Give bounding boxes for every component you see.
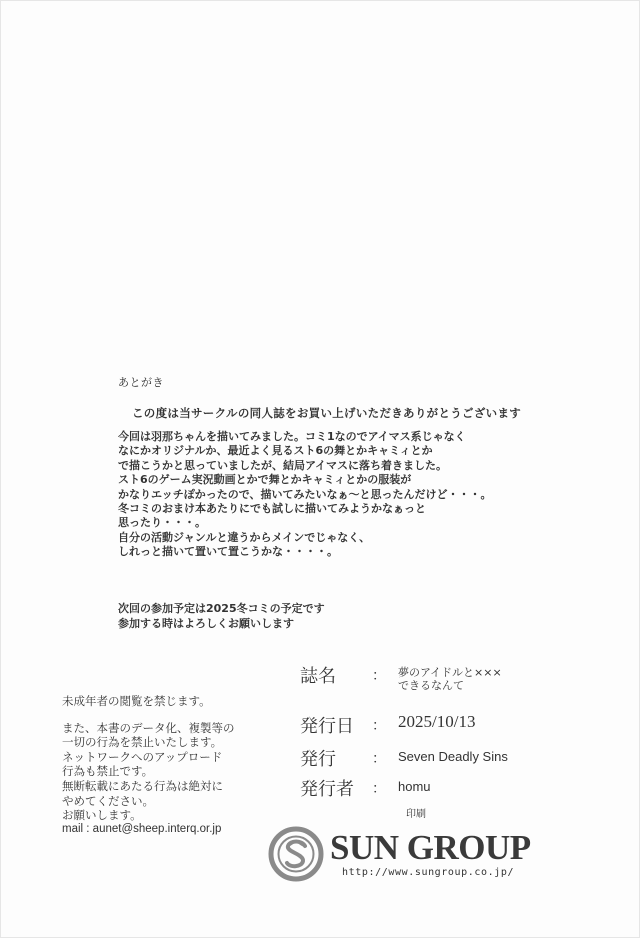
thanks-message: この度は当サークルの同人誌をお買い上げいただきありがとうございます [132,405,521,421]
sun-group-logo-icon [268,826,324,882]
colon: ： [372,715,386,735]
notice-line: 無断転載にあたる行為は絶対に [62,779,235,794]
publisher-label: 発行 [300,745,336,771]
notice-line: ネットワークへのアップロード [62,750,235,765]
print-label: 印刷 [406,805,426,820]
author-value: homu [398,779,431,794]
copyright-notice: 未成年者の閲覧を禁じます。 また、本書のデータ化、複製等の 一切の行為を禁止いた… [62,694,235,823]
next-event-line: 参加する時はよろしくお願いします [118,617,325,632]
notice-line: 行為も禁止です。 [62,764,235,779]
notice-line: やめてください。 [62,794,235,809]
contact-email: mail : aunet@sheep.interq.or.jp [62,823,221,835]
afterword-heading: あとがき [118,374,164,390]
date-value: 2025/10/13 [398,712,475,732]
afterword-line: で描こうかと思っていましたが、結局アイマスに落ち着きました。 [118,459,518,473]
afterword-line: しれっと描いて置いて置こうかな・・・・。 [118,545,518,559]
afterword-line: 自分の活動ジャンルと違うからメインでじゃなく、 [118,531,518,545]
author-label: 発行者 [300,775,354,801]
afterword-line: なにかオリジナルか、最近よく見るスト6の舞とかキャミィとか [118,444,518,458]
afterword-line: 冬コミのおまけ本あたりにでも試しに描いてみようかなぁっと [118,502,518,516]
afterword-line: 今回は羽那ちゃんを描いてみました。コミ1なのでアイマス系じゃなく [118,430,518,444]
title-value: 夢のアイドルと××× できるなんて [398,666,502,692]
next-event-notice: 次回の参加予定は2025冬コミの予定です 参加する時はよろしくお願いします [118,602,325,631]
title-value-line2: できるなんて [398,679,502,692]
printer-url: http://www.sungroup.co.jp/ [342,867,514,878]
date-label: 発行日 [300,712,354,738]
notice-line: 一切の行為を禁止いたします。 [62,735,235,750]
notice-line: 未成年者の閲覧を禁じます。 [62,694,235,709]
afterword-line: スト6のゲーム実況動画とかで舞とかキャミィとかの服装が [118,473,518,487]
title-label: 誌名 [300,662,336,688]
notice-line: お願いします。 [62,808,235,823]
colon: ： [372,748,386,768]
afterword-line: かなりエッチぽかったので、描いてみたいなぁ～と思ったんだけど・・・。 [118,488,518,502]
afterword-line: 思ったり・・・。 [118,516,518,530]
publisher-value: Seven Deadly Sins [398,749,508,764]
next-event-line: 次回の参加予定は2025冬コミの予定です [118,602,325,617]
colon: ： [372,778,386,798]
afterword-body: 今回は羽那ちゃんを描いてみました。コミ1なのでアイマス系じゃなく なにかオリジナ… [118,430,518,560]
notice-line: また、本書のデータ化、複製等の [62,721,235,736]
colon: ： [372,665,386,685]
printer-name: SUN GROUP [330,830,531,866]
title-value-line1: 夢のアイドルと××× [398,666,502,679]
